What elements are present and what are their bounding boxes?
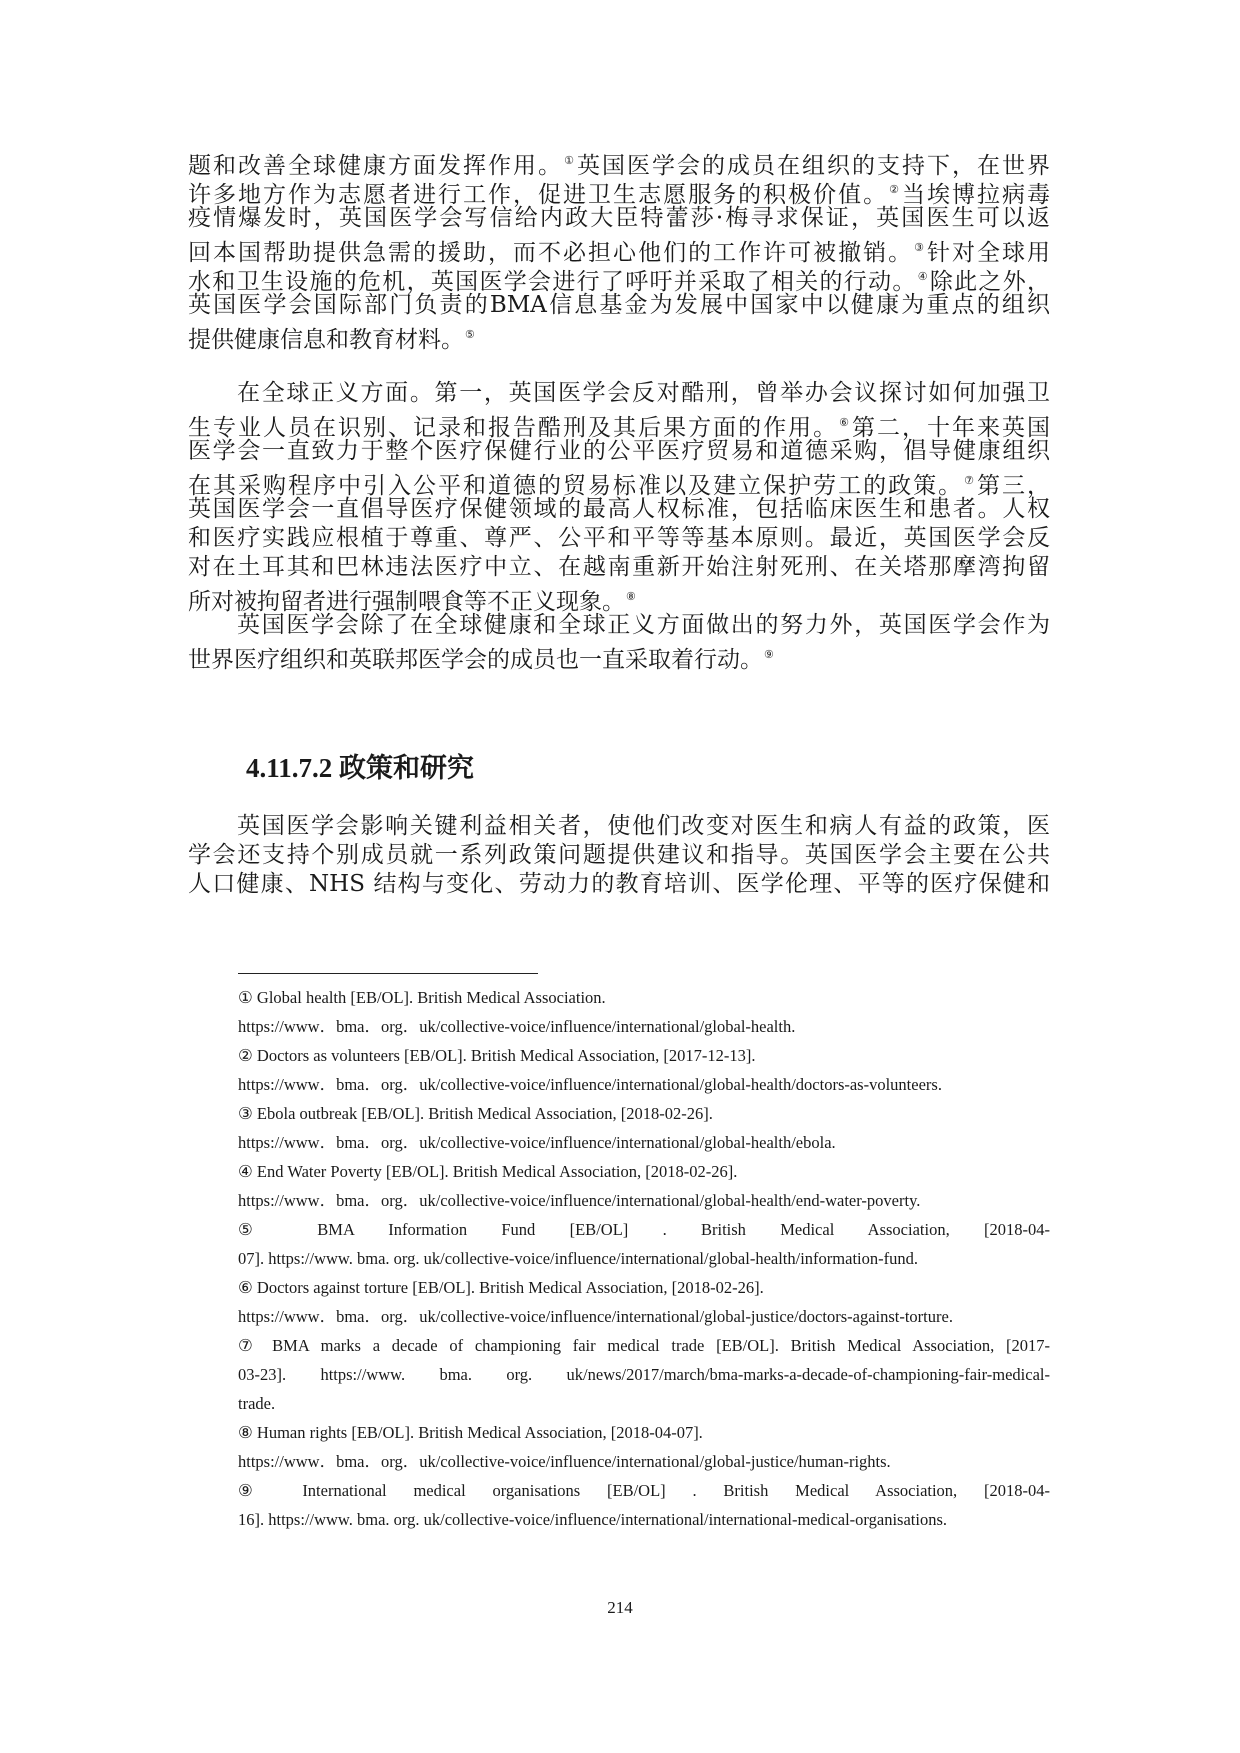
body-line: 对在土耳其和巴林违法医疗中立、在越南重新开始注射死刑、在关塔那摩湾拘留 — [188, 553, 1050, 582]
footnote-separator — [238, 973, 538, 974]
body-line: 提供健康信息和教育材料。⑤ — [188, 320, 1050, 349]
footnote-6-line-1: ⑥ Doctors against torture [EB/OL]. Briti… — [238, 1276, 1050, 1300]
footnote-ref-7[interactable]: ⑦ — [964, 474, 976, 487]
body-line: 水和卫生设施的危机，英国医学会进行了呼吁并采取了相关的行动。④除此之外， — [188, 262, 1050, 291]
footnote-ref-3[interactable]: ③ — [914, 241, 926, 254]
text-run: 提供健康信息和教育材料。 — [188, 327, 464, 353]
footnote-1-url[interactable]: https://www．bma．org．uk/collective-voice/… — [238, 1015, 1050, 1039]
body-line: 英国医学会国际部门负责的BMA信息基金为发展中国家中以健康为重点的组织 — [188, 291, 1050, 320]
footnote-2-line-1: ② Doctors as volunteers [EB/OL]. British… — [238, 1044, 1050, 1068]
footnote-ref-9[interactable]: ⑨ — [764, 648, 774, 661]
body-line: 和医疗实践应根植于尊重、尊严、公平和平等等基本原则。最近，英国医学会反 — [188, 524, 1050, 553]
footnote-7-line-1: ⑦ BMA marks a decade of championing fair… — [238, 1334, 1050, 1358]
footnote-1-line-1: ① Global health [EB/OL]. British Medical… — [238, 986, 1050, 1010]
footnote-9-line-1: ⑨ International medical organisations [E… — [238, 1479, 1050, 1503]
footnote-7-url[interactable]: 03-23]. https://www. bma. org. uk/news/2… — [238, 1363, 1050, 1387]
body-line: 回本国帮助提供急需的援助，而不必担心他们的工作许可被撤销。③针对全球用 — [188, 233, 1050, 262]
footnote-ref-8[interactable]: ⑧ — [626, 590, 636, 603]
footnote-5-line-1: ⑤ BMA Information Fund [EB/OL] . British… — [238, 1218, 1050, 1242]
body-line: 所对被拘留者进行强制喂食等不正义现象。⑧ — [188, 582, 1050, 611]
footnote-5-url[interactable]: 07]. https://www. bma. org. uk/collectiv… — [238, 1247, 1050, 1271]
footnote-8-line-1: ⑧ Human rights [EB/OL]. British Medical … — [238, 1421, 1050, 1445]
body-line: 许多地方作为志愿者进行工作，促进卫生志愿服务的积极价值。②当埃博拉病毒 — [188, 175, 1050, 204]
body-line: 人口健康、NHS 结构与变化、劳动力的教育培训、医学伦理、平等的医疗保健和 — [188, 870, 1050, 899]
section-heading: 4.11.7.2 政策和研究 — [246, 752, 474, 784]
body-line: 疫情爆发时，英国医学会写信给内政大臣特蕾莎·梅寻求保证，英国医生可以返 — [188, 204, 1050, 233]
footnote-8-url[interactable]: https://www．bma．org．uk/collective-voice/… — [238, 1450, 1050, 1474]
footnote-3-line-1: ③ Ebola outbreak [EB/OL]. British Medica… — [238, 1102, 1050, 1126]
footnote-7-url-cont[interactable]: trade. — [238, 1392, 1050, 1416]
footnote-9-url[interactable]: 16]. https://www. bma. org. uk/collectiv… — [238, 1508, 1050, 1532]
body-line: 在全球正义方面。第一，英国医学会反对酷刑，曾举办会议探讨如何加强卫 — [237, 379, 1050, 408]
footnote-4-line-1: ④ End Water Poverty [EB/OL]. British Med… — [238, 1160, 1050, 1184]
footnote-3-url[interactable]: https://www．bma．org．uk/collective-voice/… — [238, 1131, 1050, 1155]
footnote-6-url[interactable]: https://www．bma．org．uk/collective-voice/… — [238, 1305, 1050, 1329]
body-line: 世界医疗组织和英联邦医学会的成员也一直采取着行动。⑨ — [188, 640, 1050, 669]
body-line: 医学会一直致力于整个医疗保健行业的公平医疗贸易和道德采购，倡导健康组织 — [188, 437, 1050, 466]
document-page: 题和改善全球健康方面发挥作用。①英国医学会的成员在组织的支持下，在世界 许多地方… — [0, 0, 1240, 1753]
body-line: 英国医学会一直倡导医疗保健领域的最高人权标准，包括临床医生和患者。人权 — [188, 495, 1050, 524]
body-line: 学会还支持个别成员就一系列政策问题提供建议和指导。英国医学会主要在公共 — [188, 841, 1050, 870]
page-number: 214 — [0, 1597, 1240, 1619]
footnote-ref-2[interactable]: ② — [889, 183, 901, 196]
footnote-4-url[interactable]: https://www．bma．org．uk/collective-voice/… — [238, 1189, 1050, 1213]
body-line: 在其采购程序中引入公平和道德的贸易标准以及建立保护劳工的政策。⑦第三， — [188, 466, 1050, 495]
body-line: 生专业人员在识别、记录和报告酷刑及其后果方面的作用。⑥第二，十年来英国 — [188, 408, 1050, 437]
footnote-ref-5[interactable]: ⑤ — [465, 328, 475, 341]
footnote-ref-4[interactable]: ④ — [918, 270, 929, 283]
body-line: 题和改善全球健康方面发挥作用。①英国医学会的成员在组织的支持下，在世界 — [188, 146, 1050, 175]
body-line: 英国医学会除了在全球健康和全球正义方面做出的努力外，英国医学会作为 — [237, 611, 1050, 640]
footnote-2-url[interactable]: https://www．bma．org．uk/collective-voice/… — [238, 1073, 1050, 1097]
body-line: 英国医学会影响关键利益相关者，使他们改变对医生和病人有益的政策，医 — [237, 812, 1050, 841]
text-run: 世界医疗组织和英联邦医学会的成员也一直采取着行动。 — [188, 647, 763, 673]
footnote-ref-6[interactable]: ⑥ — [839, 416, 851, 429]
footnote-ref-1[interactable]: ① — [564, 154, 576, 167]
